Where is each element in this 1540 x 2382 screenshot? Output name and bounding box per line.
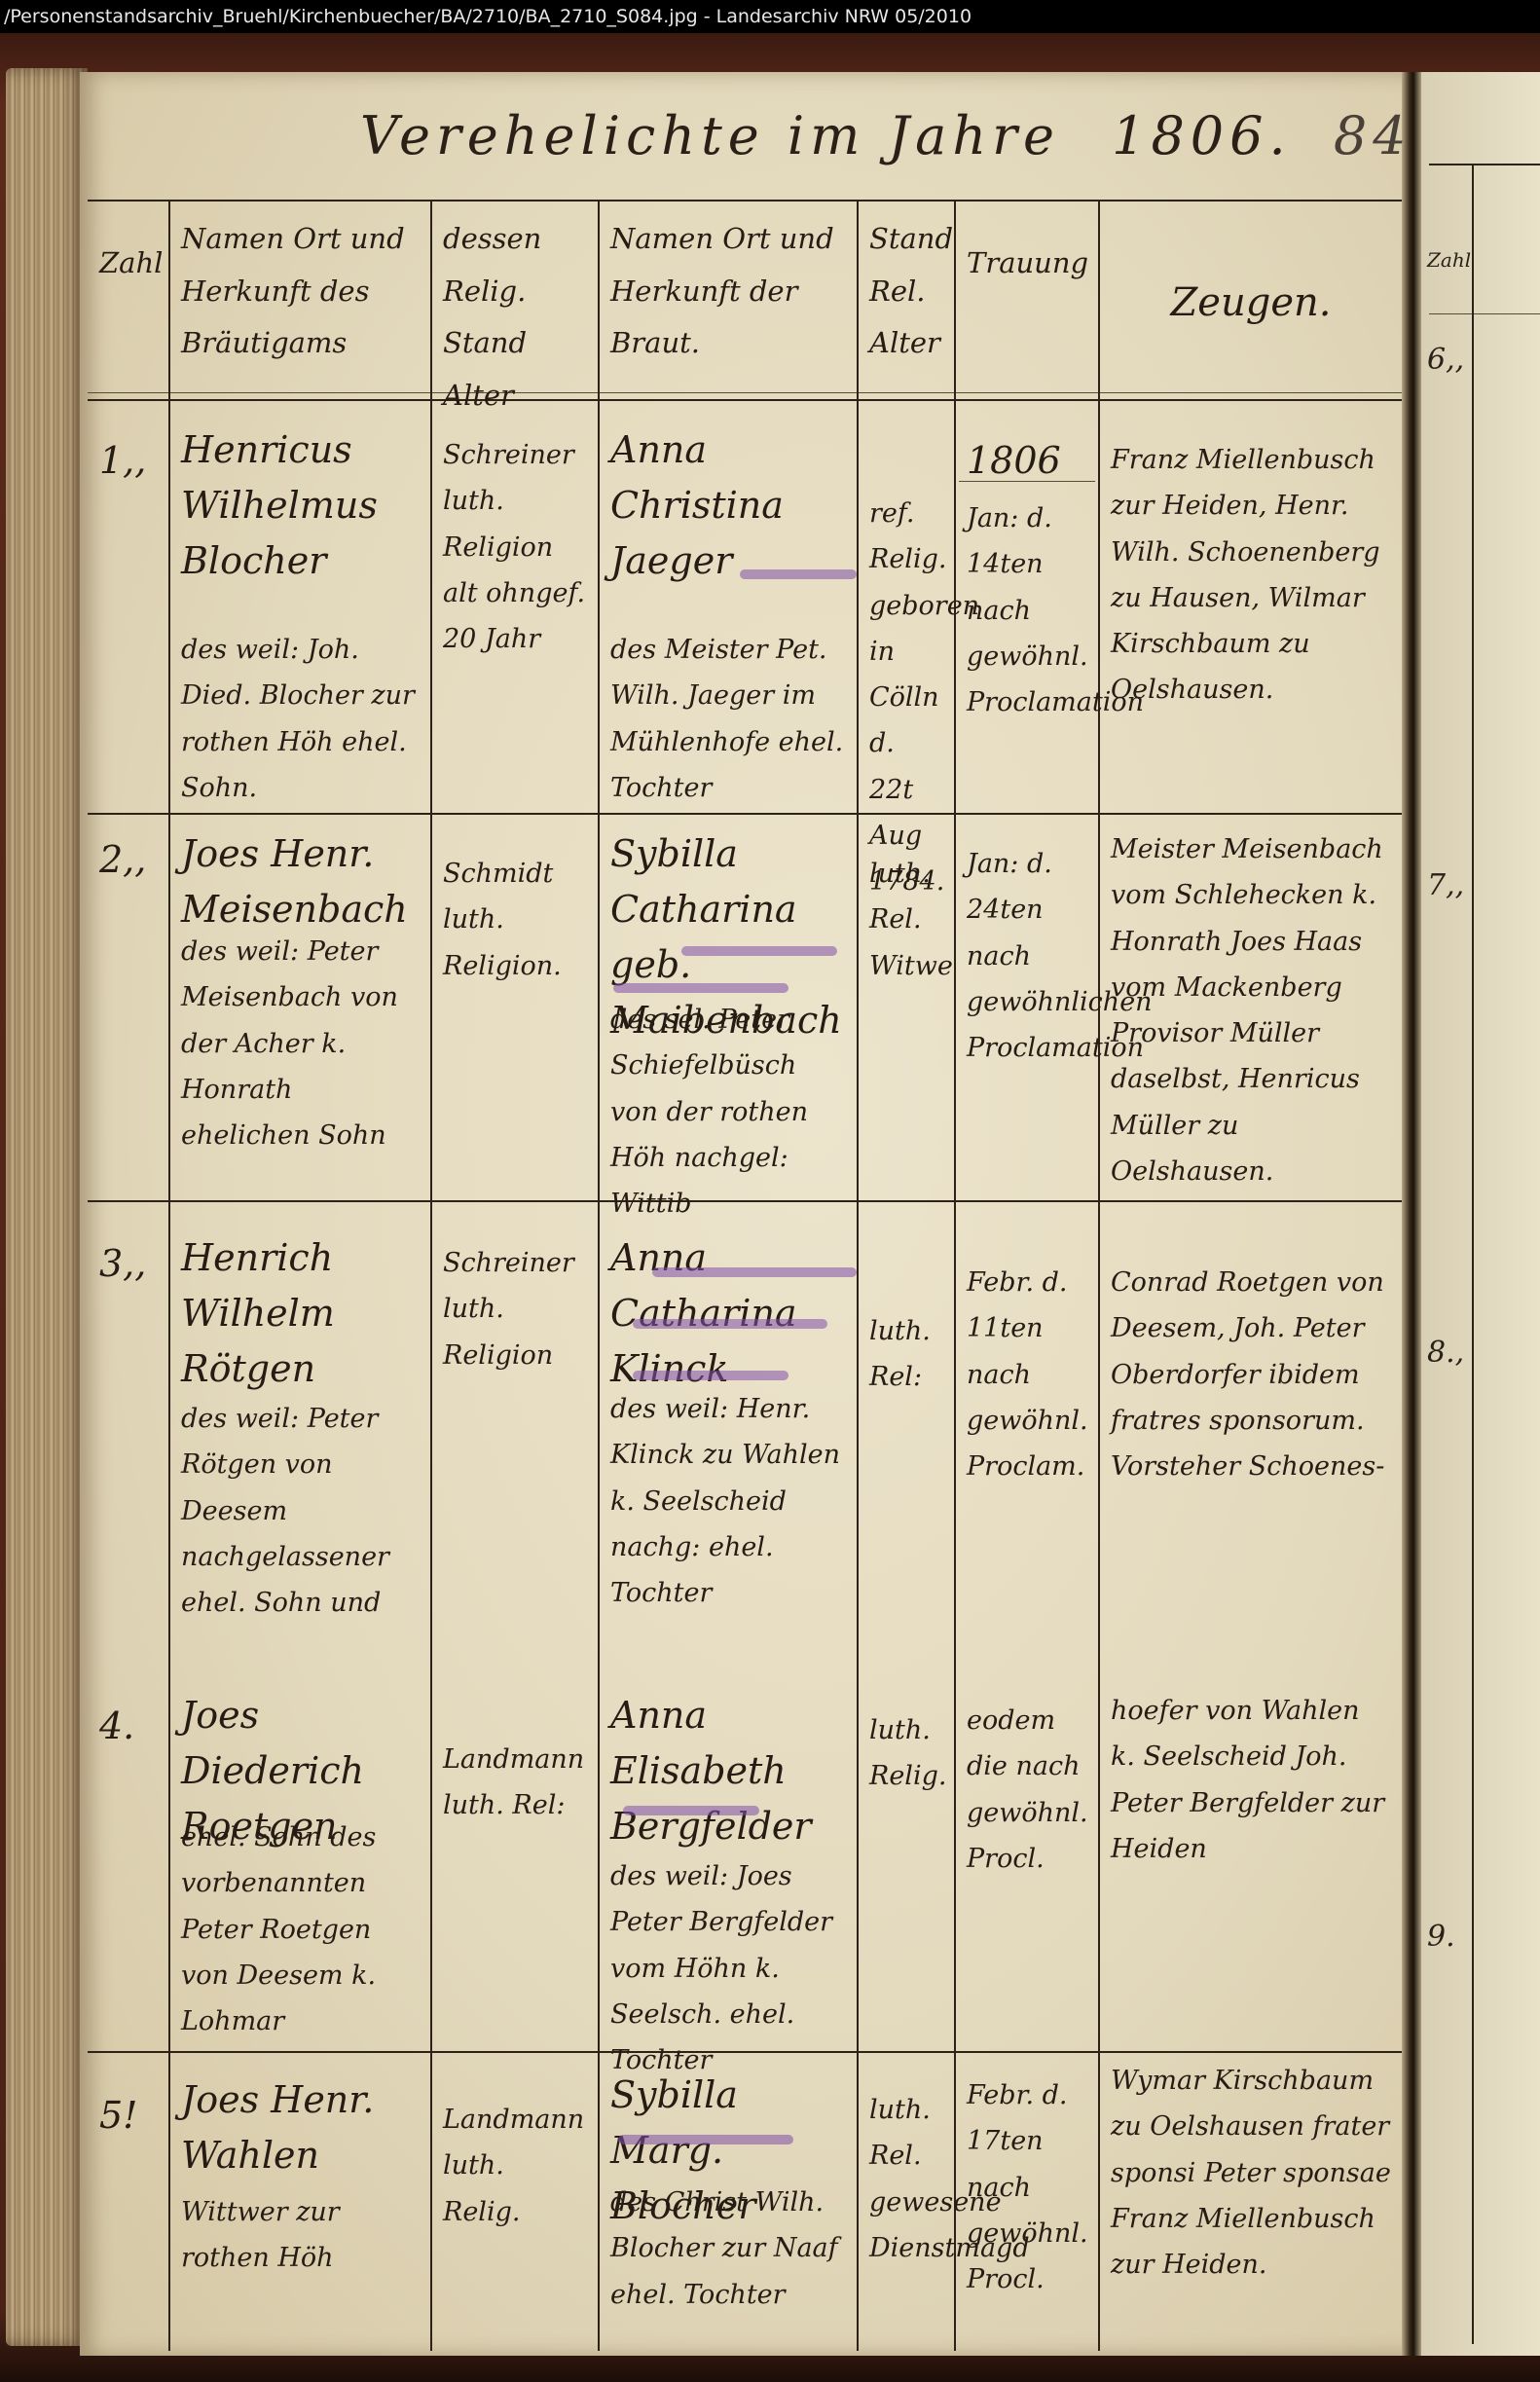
- marriage-date: Febr. d. 11ten nach gewöhnl. Proclam.: [957, 1256, 1097, 1493]
- facing-top-rule: [1429, 164, 1540, 165]
- header-groom-religion: dessen Relig. Stand Alter: [433, 209, 597, 426]
- window-title: /Personenstandsarchiv_Bruehl/Kirchenbuec…: [0, 0, 1540, 33]
- bride-detail: des Christ Wilh. Blocher zur Naaf ehel. …: [601, 2176, 856, 2322]
- col-rule-4: [857, 200, 859, 2351]
- groom-name: Joes Henr. Wahlen: [171, 2069, 428, 2187]
- bride-religion: luth. Relig.: [860, 1704, 953, 1804]
- groom-detail: ehel. Sohn des vorbenannten Peter Roetge…: [171, 1811, 428, 2048]
- highlight-mark: [633, 1371, 788, 1380]
- header-date: Trauung: [957, 234, 1097, 294]
- entry-number: 1,,: [90, 428, 167, 494]
- bride-name: Anna Christina Jaeger: [601, 419, 856, 593]
- highlight-mark: [652, 1267, 857, 1277]
- facing-entry-number: 9.: [1425, 1913, 1472, 1962]
- groom-detail: Wittwer zur rothen Höh: [171, 2185, 428, 2286]
- bride-detail: des weil: Joes Peter Bergfelder vom Höhn…: [601, 1850, 856, 2087]
- date-year: 1806: [957, 428, 1097, 494]
- marriage-date: Jan: d. 14ten nach gewöhnl. Proclamation: [957, 492, 1097, 729]
- bride-religion: luth. Rel:: [860, 1304, 953, 1405]
- header-bottom-rule: [88, 399, 1402, 401]
- groom-detail: des weil: Peter Meisenbach von der Acher…: [171, 925, 428, 1162]
- facing-entry-number: 7,,: [1425, 861, 1472, 911]
- entry-number: 4.: [90, 1694, 167, 1759]
- highlight-mark: [618, 2135, 793, 2144]
- groom-name: Henrich Wilhelm Rötgen: [171, 1227, 428, 1401]
- marriage-date: Febr. d. 17ten nach gewöhnl. Procl.: [957, 2069, 1097, 2306]
- col-rule-3: [598, 200, 600, 2351]
- bride-detail: des Meister Pet. Wilh. Jaeger im Mühlenh…: [601, 623, 856, 815]
- header-rule-inner: [88, 392, 1402, 393]
- witnesses: Meister Meisenbach vom Schlehecken k. Ho…: [1101, 823, 1401, 1198]
- header-bride-religion: Stand Rel. Alter: [860, 209, 953, 374]
- groom-religion: Schmidt luth. Religion.: [433, 847, 597, 993]
- witnesses: Conrad Roetgen von Deesem, Joh. Peter Ob…: [1101, 1256, 1401, 1493]
- page-stack-edge: [6, 68, 88, 2346]
- bride-name: Anna Elisabeth Bergfelder: [601, 1684, 856, 1858]
- facing-page: [1421, 72, 1540, 2356]
- facing-entry-number: 6,,: [1425, 336, 1472, 385]
- groom-religion: Landmann luth. Rel:: [433, 1733, 597, 1833]
- heading-year: 1806.: [1112, 105, 1292, 166]
- groom-detail: des weil: Peter Rötgen von Deesem nachge…: [171, 1392, 428, 1630]
- witnesses: hoefer von Wahlen k. Seelscheid Joh. Pet…: [1101, 1684, 1401, 1876]
- groom-religion: Schreiner luth. Religion: [433, 1236, 597, 1382]
- facing-entry-number: 8.,: [1425, 1329, 1472, 1378]
- book-gutter: [1402, 72, 1421, 2356]
- highlight-mark: [613, 983, 788, 993]
- header-bride: Namen Ort und Herkunft der Braut.: [601, 209, 856, 374]
- groom-religion: Schreiner luth. Religion alt ohngef. 20 …: [433, 428, 597, 666]
- highlight-mark: [681, 946, 837, 956]
- header-no: Zahl: [90, 234, 167, 294]
- highlight-mark: [623, 1806, 759, 1815]
- groom-name: Henricus Wilhelmus Blocher: [171, 419, 428, 593]
- entry-number: 5!: [90, 2083, 167, 2148]
- entry-number: 3,,: [90, 1231, 167, 1297]
- table-top-rule: [88, 200, 1402, 202]
- bride-detail: des weil: Henr. Klinck zu Wahlen k. Seel…: [601, 1382, 856, 1620]
- highlight-mark: [740, 569, 857, 579]
- col-rule-6: [1098, 200, 1100, 2351]
- bride-religion: ref. Relig. geboren in Cölln d. 22t Aug …: [860, 487, 953, 908]
- bride-detail: des sel. Peter Schiefelbüsch von der rot…: [601, 993, 856, 1230]
- marriage-date: Jan: d. 24ten nach gewöhnlichen Proclama…: [957, 837, 1097, 1075]
- facing-col-rule: [1472, 164, 1474, 2344]
- page-number: 84: [1334, 105, 1412, 166]
- heading-text: Verehelichte im Jahre: [360, 105, 1060, 166]
- bride-religion: luth. Rel. gewesene Dienstmagd: [860, 2083, 953, 2275]
- header-groom: Namen Ort und Herkunft des Bräutigams: [171, 209, 428, 374]
- col-rule-5: [954, 200, 956, 2351]
- groom-name: Joes Henr. Meisenbach: [171, 823, 428, 941]
- col-rule-2: [430, 200, 432, 2351]
- witnesses: Franz Miellenbusch zur Heiden, Henr. Wil…: [1101, 433, 1401, 717]
- header-witnesses: Zeugen.: [1101, 263, 1401, 343]
- groom-religion: Landmann luth. Relig.: [433, 2093, 597, 2239]
- facing-header-rule: [1429, 313, 1540, 314]
- entry-number: 2,,: [90, 827, 167, 893]
- page-heading: Verehelichte im Jahre 1806. 84: [360, 105, 1334, 183]
- groom-detail: des weil: Joh. Died. Blocher zur rothen …: [171, 623, 428, 815]
- witnesses: Wymar Kirschbaum zu Oelshausen frater sp…: [1101, 2054, 1401, 2291]
- facing-header-no: Zahl: [1425, 243, 1472, 277]
- col-rule-1: [168, 200, 170, 2351]
- bride-religion: luth. Rel. Witwe: [860, 847, 953, 993]
- marriage-date: eodem die nach gewöhnl. Procl.: [957, 1694, 1097, 1886]
- highlight-mark: [633, 1319, 827, 1329]
